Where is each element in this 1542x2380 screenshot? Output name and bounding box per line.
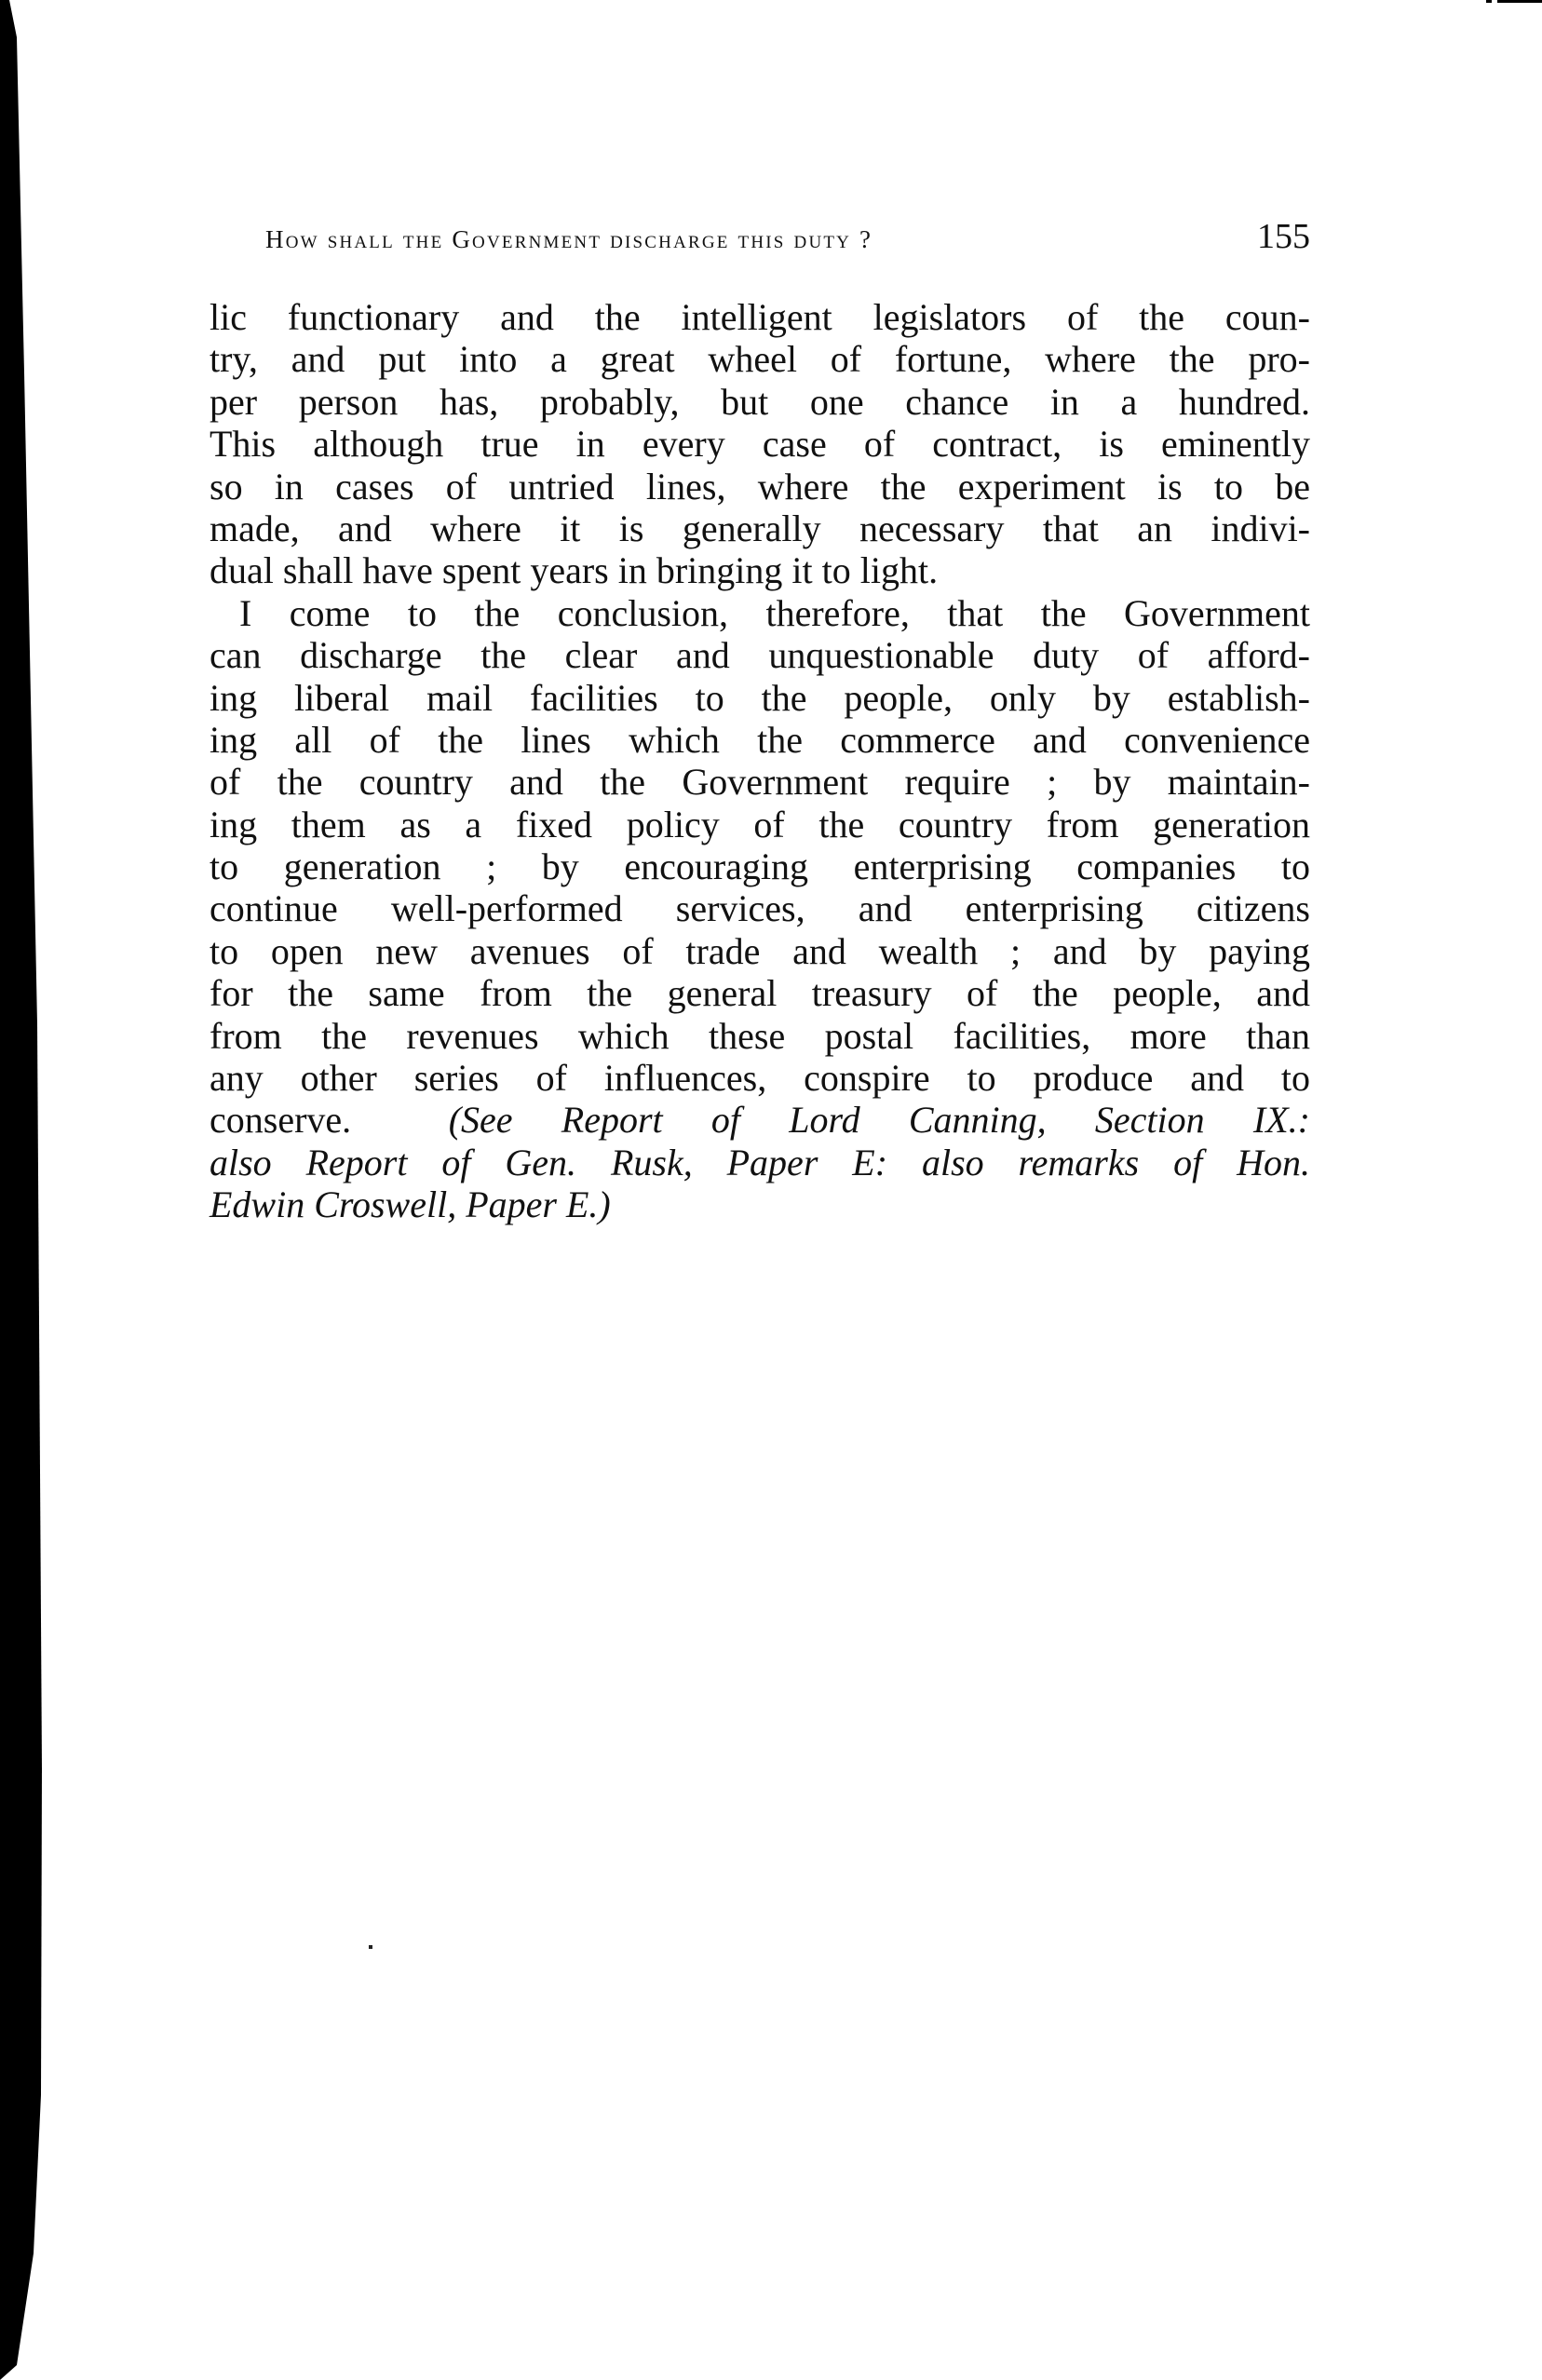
paragraph-2: I come to the conclusion, therefore, tha… [210,592,1310,1226]
running-title: How shall the Government discharge this … [265,225,872,254]
text-line: ing them as a fixed policy of the countr… [210,804,1310,845]
text-line: continue well-performed services, and en… [210,887,1310,929]
scan-speck [369,1945,372,1949]
body-text: lic functionary and the intelligent legi… [210,296,1310,1226]
citation-line-1: conserve. (See Report of Lord Canning, S… [210,1099,1310,1141]
citation-line-3: Edwin Croswell, Paper E.) [210,1183,1310,1225]
scan-mark-top [1486,0,1492,3]
text-line: any other series of influences, conspire… [210,1057,1310,1099]
text-line: so in cases of untried lines, where the … [210,466,1310,507]
text-line: lic functionary and the intelligent legi… [210,296,1310,338]
text-line: I come to the conclusion, therefore, tha… [210,592,1310,634]
text-line: made, and where it is generally necessar… [210,507,1310,549]
scan-border-top [1497,0,1542,3]
text-line: This although true in every case of cont… [210,423,1310,465]
text-line: try, and put into a great wheel of fortu… [210,338,1310,380]
text-line: ing liberal mail facilities to the peopl… [210,677,1310,719]
text-line: for the same from the general treasury o… [210,972,1310,1014]
text-line: to open new avenues of trade and wealth … [210,930,1310,972]
text-line: can discharge the clear and unquestionab… [210,634,1310,676]
text-line: from the revenues which these postal fac… [210,1015,1310,1057]
text-line: ing all of the lines which the commerce … [210,719,1310,761]
text-line: of the country and the Government requir… [210,761,1310,803]
citation-line-2: also Report of Gen. Rusk, Paper E: also … [210,1142,1310,1183]
running-head: How shall the Government discharge this … [265,216,1310,257]
citation-lead: conserve. [210,1099,351,1141]
citation-italic: (See Report of Lord Canning, Section IX.… [449,1099,1310,1141]
page-number: 155 [1257,216,1310,257]
scan-border-left [0,0,43,2380]
text-line: to generation ; by encouraging enterpris… [210,845,1310,887]
text-line: dual shall have spent years in bringing … [210,549,1310,591]
paragraph-1: lic functionary and the intelligent legi… [210,296,1310,592]
text-line: per person has, probably, but one chance… [210,381,1310,423]
